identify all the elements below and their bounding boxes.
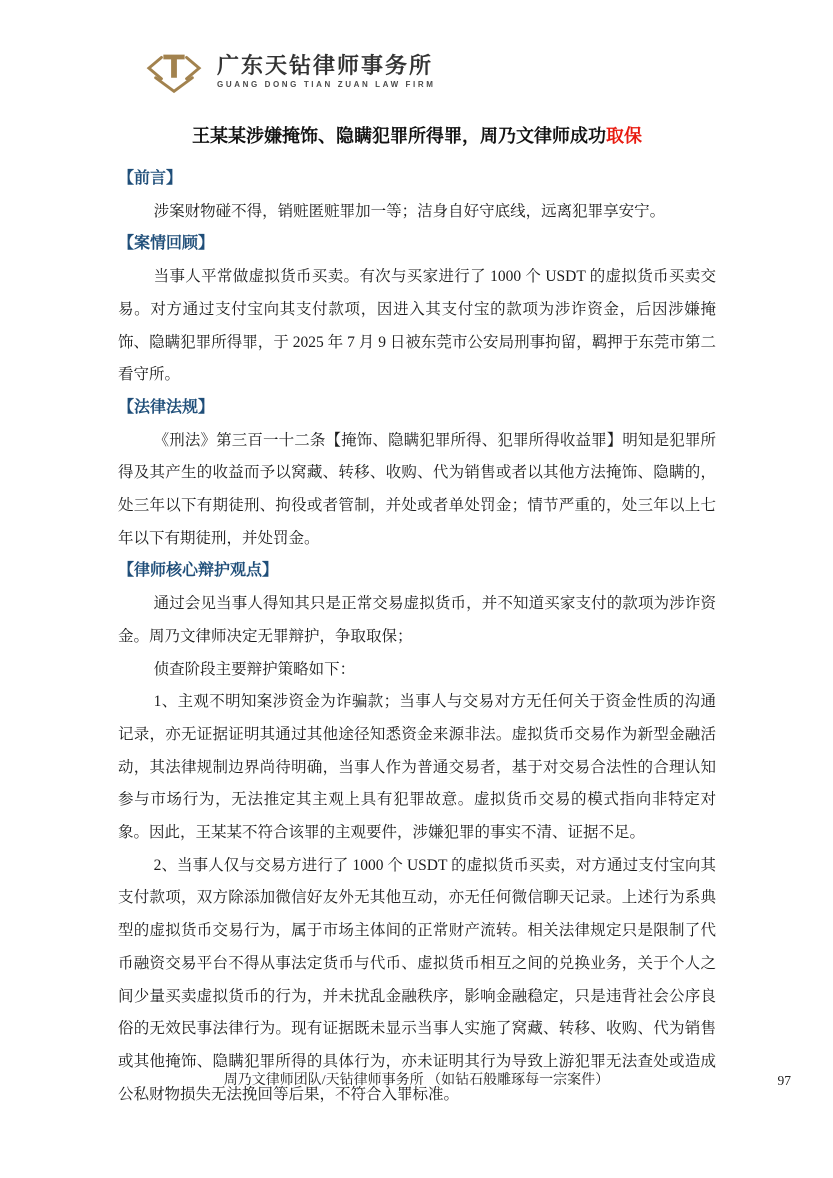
section-preface: 【前言】 涉案财物碰不得，销赃匿赃罪加一等；洁身自好守底线，远离犯罪享安宁。 — [118, 163, 716, 228]
section-heading-laws: 【法律法规】 — [118, 392, 716, 425]
firm-name-cn: 广东天钻律师事务所 — [217, 53, 436, 79]
page-footer: 周乃文律师团队/天钻律师事务所 （如钻石般雕琢每一宗案件） 97 — [0, 1066, 833, 1096]
firm-name-block: 广东天钻律师事务所 GUANG DONG TIAN ZUAN LAW FIRM — [217, 53, 436, 90]
section-defense-points: 【律师核心辩护观点】 通过会见当事人得知其只是正常交易虚拟货币，并不知道买家支付… — [118, 555, 716, 1111]
firm-name-en: GUANG DONG TIAN ZUAN LAW FIRM — [217, 79, 436, 90]
document-body: 【前言】 涉案财物碰不得，销赃匿赃罪加一等；洁身自好守底线，远离犯罪享安宁。 【… — [118, 163, 716, 1111]
paragraph: 通过会见当事人得知其只是正常交易虚拟货币，并不知道买家支付的款项为涉诈资金。周乃… — [118, 588, 716, 653]
page-number: 97 — [778, 1066, 792, 1096]
paragraph: 涉案财物碰不得，销赃匿赃罪加一等；洁身自好守底线，远离犯罪享安宁。 — [118, 196, 716, 229]
section-heading-defense-points: 【律师核心辩护观点】 — [118, 555, 716, 588]
paragraph: 《刑法》第三百一十二条【掩饰、隐瞒犯罪所得、犯罪所得收益罪】明知是犯罪所得及其产… — [118, 425, 716, 556]
diamond-logo-icon — [145, 48, 203, 94]
section-heading-preface: 【前言】 — [118, 163, 716, 196]
paragraph: 侦查阶段主要辩护策略如下： — [118, 654, 716, 687]
footer-text: 周乃文律师团队/天钻律师事务所 （如钻石般雕琢每一宗案件） — [0, 1066, 833, 1096]
article-title-highlight: 取保 — [606, 126, 642, 146]
firm-header: 广东天钻律师事务所 GUANG DONG TIAN ZUAN LAW FIRM — [145, 48, 436, 94]
article-title: 王某某涉嫌掩饰、隐瞒犯罪所得罪，周乃文律师成功取保 — [118, 120, 716, 153]
section-laws: 【法律法规】 《刑法》第三百一十二条【掩饰、隐瞒犯罪所得、犯罪所得收益罪】明知是… — [118, 392, 716, 556]
paragraph: 当事人平常做虚拟货币买卖。有次与买家进行了 1000 个 USDT 的虚拟货币买… — [118, 261, 716, 392]
section-case-review: 【案情回顾】 当事人平常做虚拟货币买卖。有次与买家进行了 1000 个 USDT… — [118, 228, 716, 392]
article-title-main: 王某某涉嫌掩饰、隐瞒犯罪所得罪，周乃文律师成功 — [192, 126, 606, 146]
document-page: 广东天钻律师事务所 GUANG DONG TIAN ZUAN LAW FIRM … — [0, 0, 833, 1178]
section-heading-case-review: 【案情回顾】 — [118, 228, 716, 261]
paragraph: 1、主观不明知案涉资金为诈骗款；当事人与交易对方无任何关于资金性质的沟通记录，亦… — [118, 686, 716, 850]
